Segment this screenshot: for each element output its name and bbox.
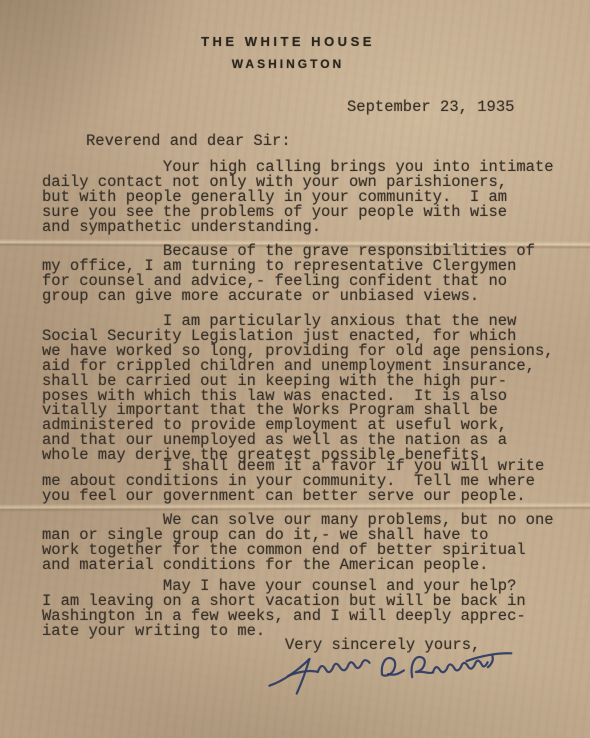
letter-paragraph-1: Your high calling brings you into intima… bbox=[42, 160, 554, 235]
letter-paragraph-3: I am particularly anxious that the new S… bbox=[42, 314, 554, 463]
letter-paragraph-6: May I have your counsel and your help? I… bbox=[42, 579, 526, 639]
salutation: Reverend and dear Sir: bbox=[86, 134, 291, 149]
signature-ink-icon bbox=[263, 640, 517, 706]
signature-franklin-d-roosevelt bbox=[263, 640, 517, 706]
letter-paragraph-5: We can solve our many problems, but no o… bbox=[42, 513, 554, 573]
letter-paragraph-2: Because of the grave responsibilities of… bbox=[42, 244, 535, 304]
scanned-letter: THE WHITE HOUSE WASHINGTON September 23,… bbox=[0, 0, 590, 738]
letterhead-subtitle: WASHINGTON bbox=[0, 57, 583, 71]
letter-paragraph-4: I shall deem it a favor if you will writ… bbox=[42, 459, 544, 504]
letter-date: September 23, 1935 bbox=[347, 100, 514, 115]
letterhead-title: THE WHITE HOUSE bbox=[0, 34, 583, 49]
